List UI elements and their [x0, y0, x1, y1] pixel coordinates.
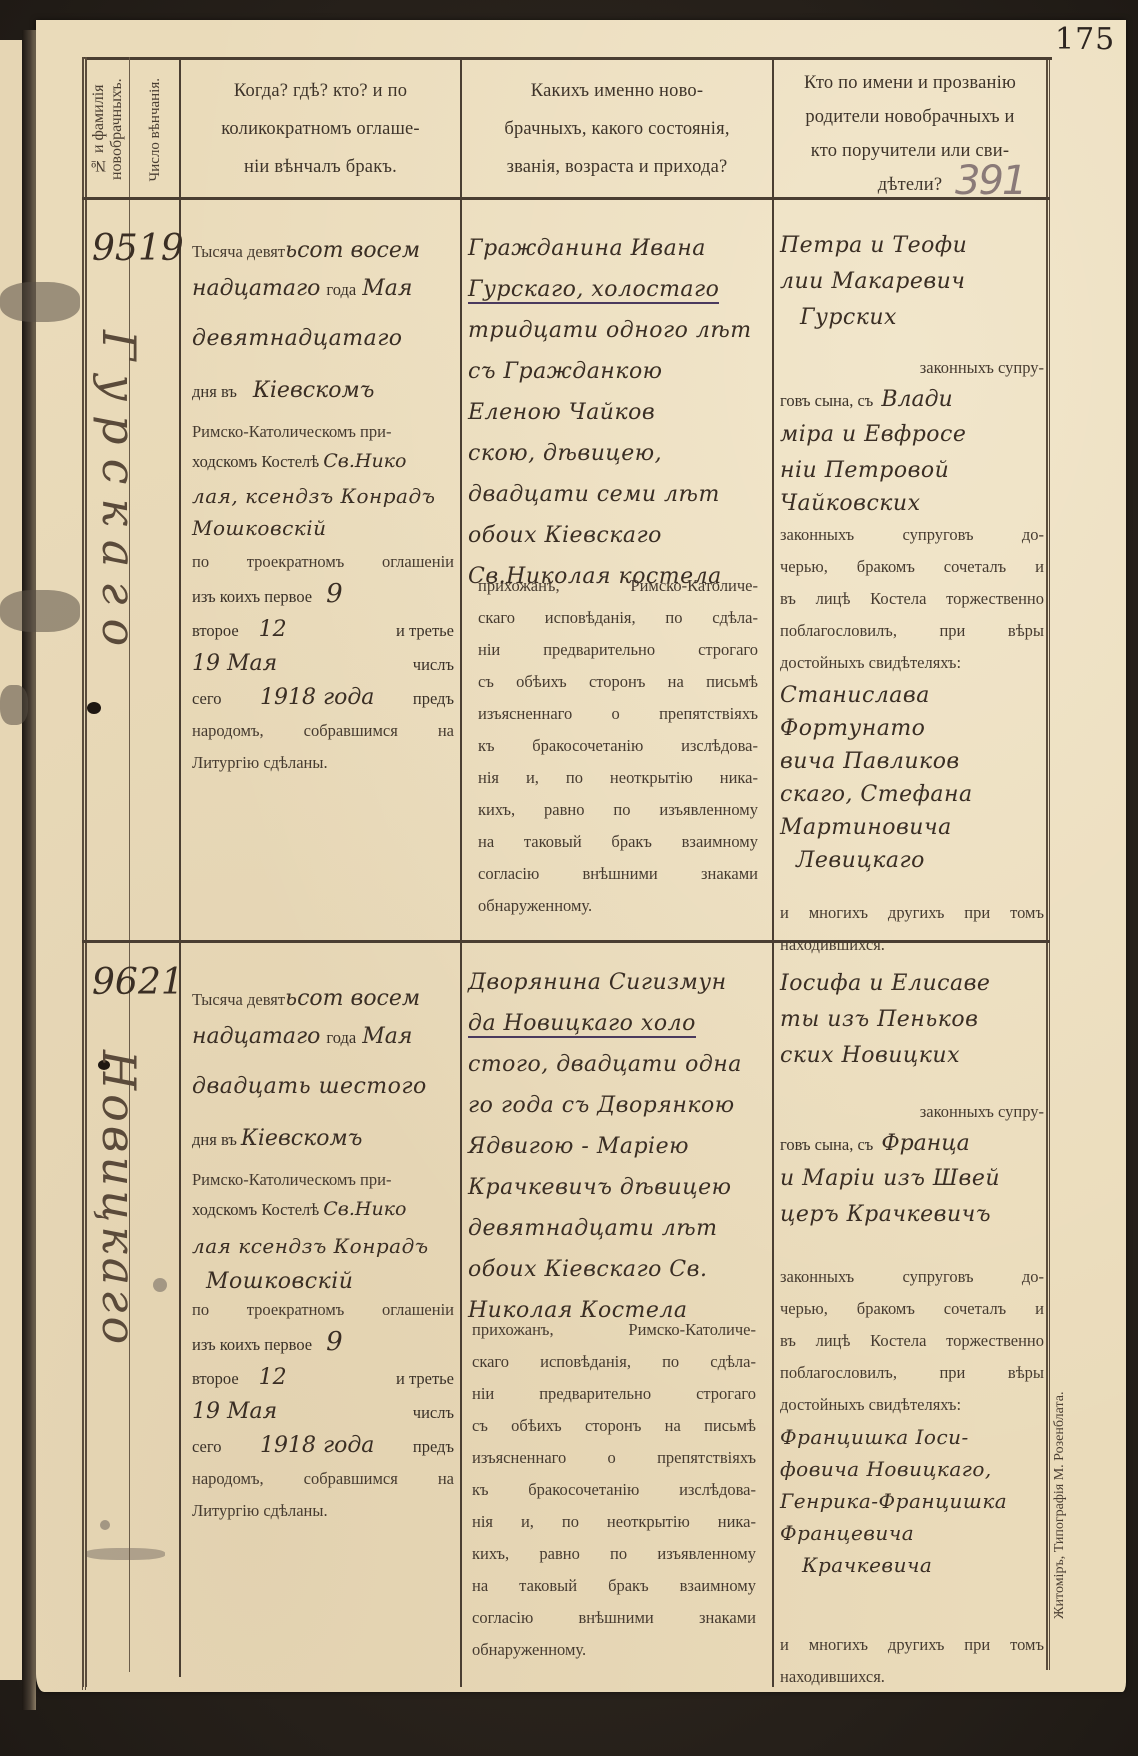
print-text: на таковый бракъ взаимному [472, 1570, 756, 1602]
record-2-number: 96 [92, 962, 138, 1003]
witness-text: Мартиновича [780, 811, 1044, 844]
print-text: Римско-Католическомъ при- [192, 416, 454, 450]
hand-text: 12 [259, 1361, 287, 1394]
hand-text: 1918 года [260, 1429, 374, 1462]
print-text: обнаруженному. [478, 890, 758, 922]
header-col-newlyweds: Какихъ именно ново- брачныхъ, какого сос… [464, 72, 770, 186]
hand-text: 19 Мая [192, 647, 277, 680]
record-1-day: 19 [138, 228, 184, 269]
hand-text: Влади [881, 384, 952, 416]
header-col4-line: Какихъ именно ново- [464, 72, 770, 110]
record-1-ceremony: Тысяча девят ьсот восем надцатаго года М… [192, 236, 454, 544]
hand-text: девятнадцатаго [192, 318, 454, 378]
print-text: Тысяча девят [192, 236, 285, 268]
hand-text: 12 [259, 613, 287, 646]
print-text: дня въ [192, 382, 237, 402]
hand-text: Гурскаго, холостаго [468, 269, 770, 310]
hand-text: да Новицкаго холо [468, 1003, 770, 1044]
hand-text: Кіевскомъ [241, 1126, 363, 1151]
print-text: черью, бракомъ сочеталъ и [780, 551, 1044, 583]
print-text: въ лицѣ Костела торжественно [780, 583, 1044, 615]
hand-text: ьсот восем [285, 986, 420, 1011]
hand-text: Чайковских [780, 489, 1044, 519]
record-2-parish-text: прихожанъ, Римско-Католиче- скаго исповѣ… [472, 1314, 756, 1666]
hand-text: надцатаго [192, 1024, 320, 1049]
print-text: по троекратномъ оглашеніи [192, 546, 454, 578]
witness-text: Францишка Іоси- [780, 1421, 1044, 1453]
print-text: изъясненнаго о препятствіяхъ [472, 1442, 756, 1474]
print-text: говъ сына, съ [780, 1129, 873, 1161]
print-text: законныхъ супру- [780, 352, 1044, 384]
hand-text: тридцати одного лѣт [468, 310, 770, 351]
hand-text: церъ Крачкевичъ [780, 1197, 1044, 1233]
hand-text: Іосифа и Елисаве [780, 966, 1044, 1002]
print-text: поблагословилъ, при вѣры [780, 1357, 1044, 1389]
record-1-banns: по троекратномъ оглашеніи изъ коихъ перв… [192, 546, 454, 779]
print-text: сего [192, 682, 221, 715]
rule-col3 [460, 57, 462, 1687]
witness-text: фовича Новицкаго, [780, 1453, 1044, 1485]
print-text: предъ [413, 682, 454, 715]
record-2-day: 21 [138, 962, 184, 1003]
hand-text: Петра и Теофи [780, 228, 1044, 264]
header-col5-line: Кто по имени и прозванію [776, 66, 1044, 100]
print-text: Литургію сдѣланы. [192, 1495, 454, 1527]
print-text: числъ [413, 648, 454, 681]
header-col5-line: родители новобрачныхъ и [776, 100, 1044, 134]
record-2-ceremony: Тысяча девят ьсот восем надцатаго года М… [192, 984, 454, 1300]
print-text: законныхъ супруговъ до- [780, 519, 1044, 551]
rule-left [82, 57, 87, 1687]
print-text: ніи предварительно строгаго [478, 634, 758, 666]
witness-text: Левицкаго [780, 844, 1044, 877]
print-text: сего [192, 1430, 221, 1463]
hand-text: ніи Петровой [780, 453, 1044, 489]
header-col3-line: коликократномъ оглаше- [183, 110, 458, 148]
print-text: ходскомъ Костелѣ [192, 452, 319, 472]
print-text: и третье [396, 1362, 454, 1395]
hand-text: ьсот восем [285, 238, 420, 263]
print-text: народомъ, собравшимся на [192, 715, 454, 747]
stain [0, 685, 28, 725]
header-col-number-name: № и фамилія новобрачныхъ. [88, 62, 128, 197]
record-1-surname: Гурскаго [92, 330, 146, 850]
witness-text: скаго, Стефана [780, 778, 1044, 811]
print-text: поблагословилъ, при вѣры [780, 615, 1044, 647]
rule-right [1046, 60, 1050, 1670]
print-text: съ обѣихъ сторонъ на письмѣ [478, 666, 758, 698]
rule-col2 [179, 57, 181, 1677]
print-text: съ обѣихъ сторонъ на письмѣ [472, 1410, 756, 1442]
hand-text: Св.Нико [323, 1198, 406, 1220]
print-text: Тысяча девят [192, 984, 285, 1016]
rule-col4 [772, 57, 774, 1687]
hand-text: Св.Нико [323, 450, 406, 472]
print-text: года [326, 280, 356, 300]
print-text: и многихъ другихъ при томъ [780, 1629, 1044, 1661]
print-text: Римско-Католическомъ при- [192, 1164, 454, 1198]
record-1-newlyweds: Гражданина Ивана Гурскаго, холостаго три… [468, 228, 770, 597]
print-text: находившихся. [780, 1661, 1044, 1693]
print-text: и третье [396, 614, 454, 647]
record-1-parents-witnesses: Петра и Теофи лии Макаревич Гурских зако… [780, 228, 1044, 961]
record-2-parents-witnesses: Іосифа и Елисаве ты изъ Пеньков ских Нов… [780, 966, 1044, 1693]
witness-text: Генрика-Францишка [780, 1485, 1044, 1517]
header-col3-line: ніи вѣнчалъ бракъ. [183, 148, 458, 186]
rule-col1 [129, 57, 130, 1672]
witness-text: Станислава [780, 679, 1044, 712]
hand-text: лии Макаревич [780, 264, 1044, 300]
print-text: прихожанъ, Римско-Католиче- [478, 570, 758, 602]
hand-text: двадцати семи лѣт [468, 474, 770, 515]
record-1-parish-text: прихожанъ, Римско-Католиче- скаго исповѣ… [478, 570, 758, 922]
print-text: на таковый бракъ взаимному [478, 826, 758, 858]
header-col4-line: брачныхъ, какого состоянія, [464, 110, 770, 148]
hand-text: Мошковскій [192, 512, 454, 544]
print-text: Литургію сдѣланы. [192, 747, 454, 779]
hand-text: Мая [362, 1024, 412, 1049]
hand-text: Франца [881, 1128, 969, 1160]
header-col1-label: № и фамилія новобрачныхъ. [90, 62, 126, 197]
hand-text: Дворянина Сигизмун [468, 962, 770, 1003]
header-col2-label: Число вѣнчанія. [146, 78, 164, 181]
hand-text: Гражданина Ивана [468, 228, 770, 269]
header-col4-line: званія, возраста и прихода? [464, 148, 770, 186]
print-text: предъ [413, 1430, 454, 1463]
print-text: законныхъ супру- [780, 1096, 1044, 1128]
hand-text: и Маріи изъ Швей [780, 1161, 1044, 1197]
hand-text: Гурских [780, 300, 1044, 336]
hand-text: девятнадцати лѣт [468, 1208, 770, 1249]
print-text: нія и, по неоткрытію ника- [478, 762, 758, 794]
hand-text: ты изъ Пеньков [780, 1002, 1044, 1038]
print-text: согласію внѣшними знаками [478, 858, 758, 890]
print-text: по троекратномъ оглашеніи [192, 1294, 454, 1326]
header-col-day: Число вѣнчанія. [131, 62, 179, 197]
folio-number: 175 [1055, 22, 1115, 57]
print-text: года [326, 1028, 356, 1048]
hand-text: обоих Кіевскаго [468, 515, 770, 556]
print-text: второе [192, 614, 239, 647]
print-text: кихъ, равно по изъявленному [472, 1538, 756, 1570]
print-text: дня въ [192, 1130, 237, 1150]
hand-text: двадцать шестого [192, 1066, 454, 1126]
hand-text: 9 [326, 578, 343, 611]
print-text: говъ сына, съ [780, 385, 873, 417]
record-2-surname: Новицкаго [92, 1050, 146, 1350]
print-text: черью, бракомъ сочеталъ и [780, 1293, 1044, 1325]
print-text: къ бракосочетанію изслѣдова- [472, 1474, 756, 1506]
header-col-when-where: Когда? гдѣ? кто? и по коликократномъ огл… [183, 72, 458, 186]
print-text: къ бракосочетанію изслѣдова- [478, 730, 758, 762]
print-text: прихожанъ, Римско-Католиче- [472, 1314, 756, 1346]
hand-text: 19 Мая [192, 1395, 277, 1428]
print-text: кихъ, равно по изъявленному [478, 794, 758, 826]
hand-text: ских Новицких [780, 1038, 1044, 1074]
print-text: достойныхъ свидѣтеляхъ: [780, 647, 1044, 679]
pencil-page-number: 391 [955, 158, 1025, 204]
print-text: находившихся. [780, 929, 1044, 961]
witness-text: Францевича [780, 1517, 1044, 1549]
hand-text: Кіевскомъ [253, 378, 375, 403]
printer-imprint: Житоміръ, Типографія М. Розенблата. [1052, 1340, 1076, 1670]
print-text: достойныхъ свидѣтеляхъ: [780, 1389, 1044, 1421]
hand-text: Ядвигою - Маріею [468, 1126, 770, 1167]
hand-text: Еленою Чайков [468, 392, 770, 433]
print-text: законныхъ супруговъ до- [780, 1261, 1044, 1293]
stain [0, 282, 80, 322]
hand-text: Мая [362, 276, 412, 301]
record-2-banns: по троекратномъ оглашеніи изъ коихъ перв… [192, 1294, 454, 1527]
print-text: числъ [413, 1396, 454, 1429]
print-text: ходскомъ Костелѣ [192, 1200, 319, 1220]
record-1-number: 95 [92, 228, 138, 269]
hand-text: го года съ Дворянкою [468, 1085, 770, 1126]
print-text: согласію внѣшними знаками [472, 1602, 756, 1634]
hand-text: съ Гражданкою [468, 351, 770, 392]
print-text: второе [192, 1362, 239, 1395]
hand-text: лая, ксендзъ Конрадъ [192, 480, 454, 512]
record-2-newlyweds: Дворянина Сигизмун да Новицкаго холо сто… [468, 962, 770, 1331]
print-text: изъясненнаго о препятствіяхъ [478, 698, 758, 730]
print-text: нія и, по неоткрытію ника- [472, 1506, 756, 1538]
hand-text: 1918 года [260, 681, 374, 714]
witness-text: Крачкевича [780, 1549, 1044, 1581]
hand-text: обоих Кіевскаго Св. [468, 1249, 770, 1290]
hand-text: Крачкевичъ дѣвицею [468, 1167, 770, 1208]
print-text: изъ коихъ первое [192, 580, 312, 613]
groom-surname: да Новицкаго холо [468, 1011, 696, 1038]
print-text: обнаруженному. [472, 1634, 756, 1666]
print-text: ніи предварительно строгаго [472, 1378, 756, 1410]
witness-text: Фортунато [780, 712, 1044, 745]
groom-surname: Гурскаго, холостаго [468, 277, 719, 304]
print-text: и многихъ другихъ при томъ [780, 897, 1044, 929]
hand-text: стого, двадцати одна [468, 1044, 770, 1085]
print-text: народомъ, собравшимся на [192, 1463, 454, 1495]
print-text: изъ коихъ первое [192, 1328, 312, 1361]
print-text: скаго исповѣданія, по сдѣла- [472, 1346, 756, 1378]
stain [0, 590, 80, 632]
hand-text: міра и Евфросе [780, 417, 1044, 453]
hand-text: скою, дѣвицею, [468, 433, 770, 474]
header-col3-line: Когда? гдѣ? кто? и по [183, 72, 458, 110]
witness-text: вича Павликов [780, 745, 1044, 778]
hand-text: лая ксендзъ Конрадъ [192, 1228, 454, 1264]
print-text: скаго исповѣданія, по сдѣла- [478, 602, 758, 634]
print-text: въ лицѣ Костела торжественно [780, 1325, 1044, 1357]
hand-text: 9 [326, 1326, 343, 1359]
hand-text: надцатаго [192, 276, 320, 301]
